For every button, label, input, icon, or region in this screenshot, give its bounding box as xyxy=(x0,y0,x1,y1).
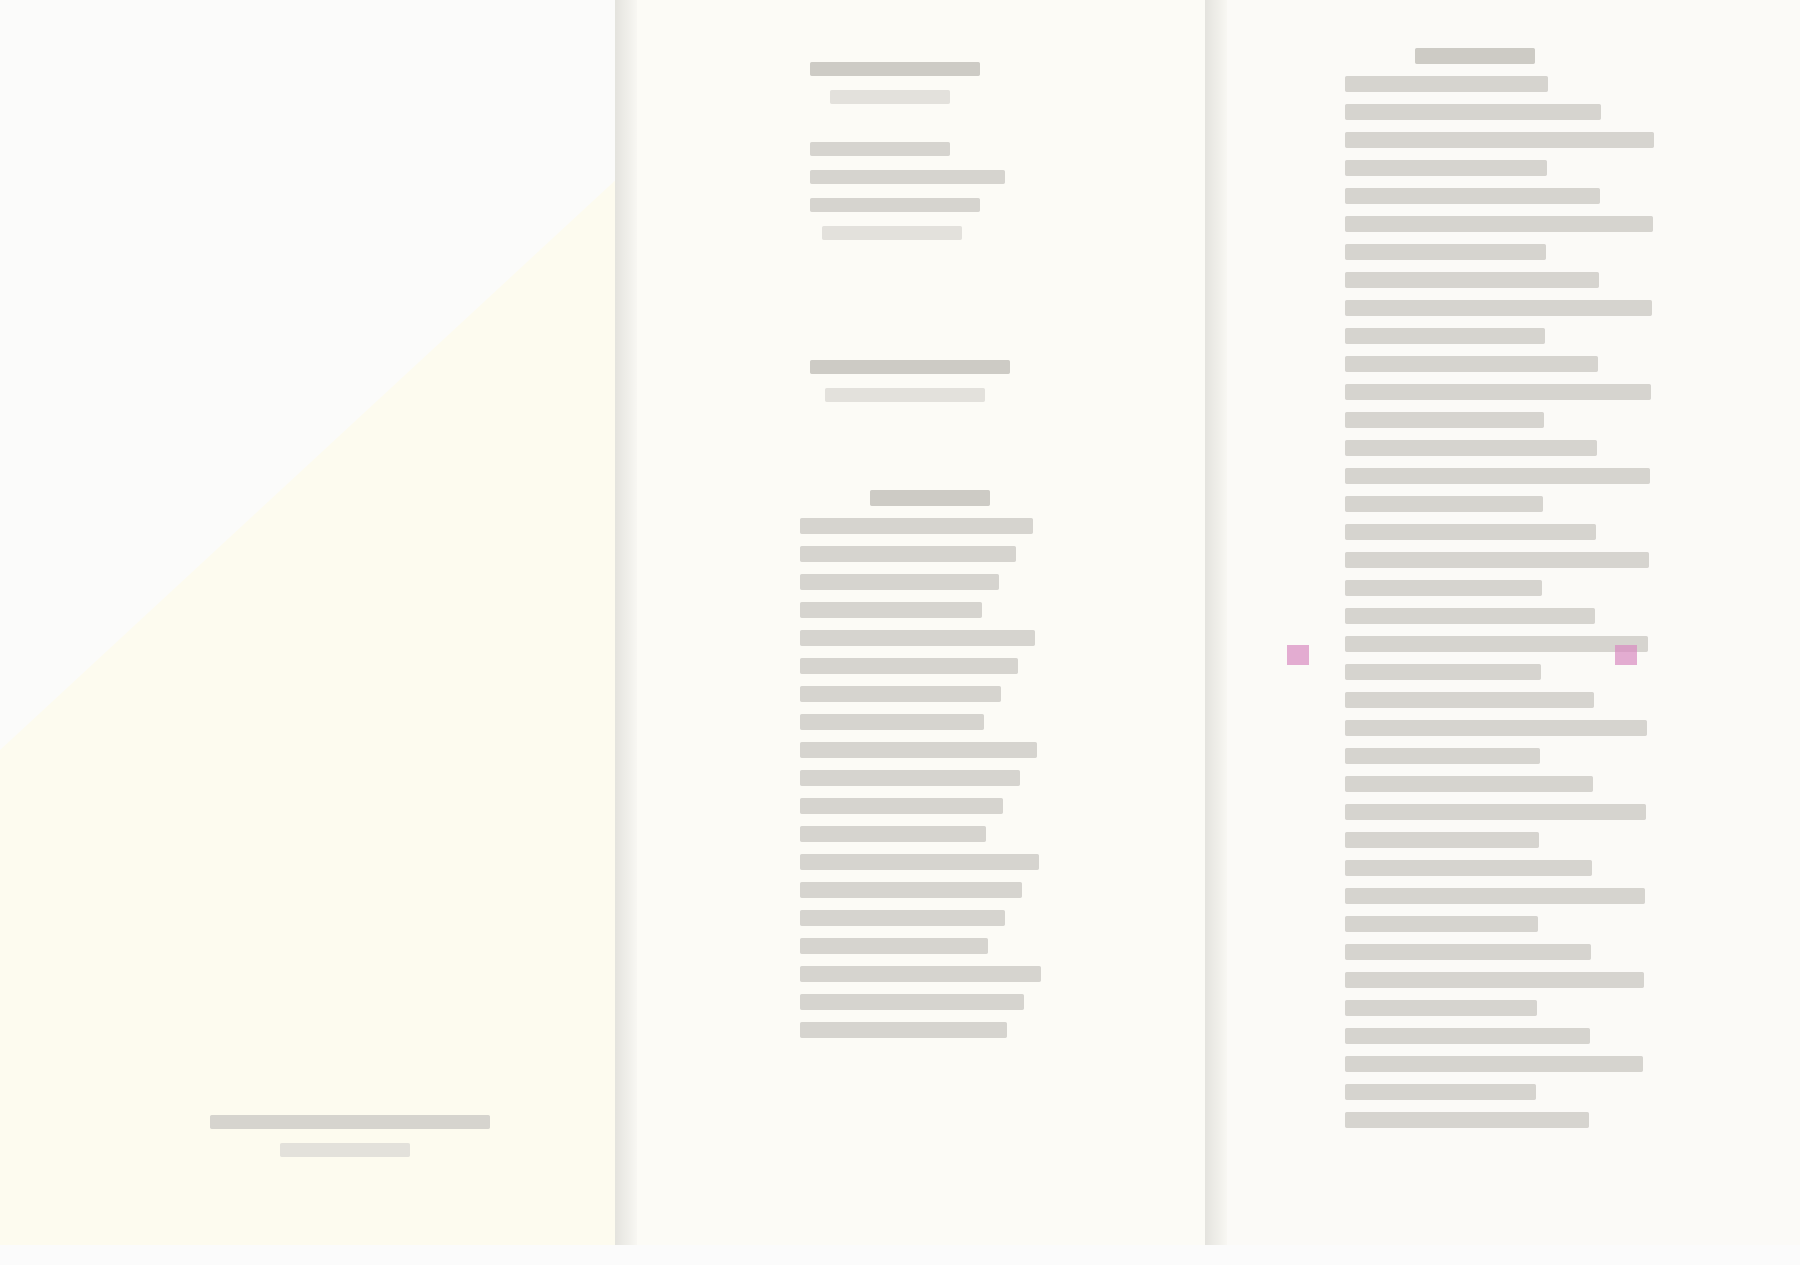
text-line xyxy=(1345,76,1548,92)
text-line xyxy=(800,546,1016,562)
text-line xyxy=(1345,664,1541,680)
text-line xyxy=(800,742,1037,758)
text-line xyxy=(1345,636,1648,652)
text-line xyxy=(1345,552,1649,568)
text-line xyxy=(1345,748,1540,764)
text-line xyxy=(800,714,984,730)
text-line xyxy=(800,994,1024,1010)
text-line xyxy=(800,630,1035,646)
text-line xyxy=(1345,412,1544,428)
text-line xyxy=(1345,916,1538,932)
text-line xyxy=(800,966,1041,982)
text-line xyxy=(1345,468,1650,484)
text-line xyxy=(1345,496,1543,512)
text-line xyxy=(1345,104,1601,120)
middle-page xyxy=(615,0,1205,1245)
text-line xyxy=(1345,216,1653,232)
text-line xyxy=(1345,1112,1589,1128)
text-line xyxy=(800,798,1003,814)
text-line xyxy=(800,602,982,618)
text-line xyxy=(1345,972,1644,988)
text-line xyxy=(1345,440,1597,456)
text-line xyxy=(800,574,999,590)
page-gutter xyxy=(615,0,637,1245)
text-line xyxy=(1345,860,1592,876)
text-line xyxy=(1345,328,1545,344)
name-list xyxy=(1345,48,1654,1140)
text-line xyxy=(1345,384,1651,400)
text-line xyxy=(800,658,1018,674)
text-line xyxy=(1345,160,1547,176)
section-1 xyxy=(810,62,1005,254)
text-line xyxy=(1345,720,1647,736)
text-line xyxy=(1345,244,1546,260)
text-line xyxy=(1345,132,1654,148)
text-line xyxy=(800,770,1020,786)
text-line xyxy=(800,882,1022,898)
text-line xyxy=(1345,608,1595,624)
text-line xyxy=(1345,944,1591,960)
folded-flap xyxy=(0,0,620,1245)
text-line xyxy=(1345,1028,1590,1044)
text-line xyxy=(1345,804,1646,820)
section-3-list xyxy=(800,490,1041,1050)
text-line xyxy=(1345,1056,1643,1072)
text-line xyxy=(800,518,1033,534)
text-line xyxy=(870,490,990,506)
highlight-mark-right xyxy=(1615,645,1637,665)
text-line xyxy=(1345,524,1596,540)
right-page xyxy=(1205,0,1800,1245)
text-line xyxy=(1345,580,1542,596)
text-line xyxy=(1345,692,1594,708)
text-line xyxy=(1345,1084,1536,1100)
text-line xyxy=(800,1022,1007,1038)
text-line xyxy=(1345,832,1539,848)
text-line xyxy=(1345,776,1593,792)
highlight-mark-left xyxy=(1287,645,1309,665)
section-2 xyxy=(810,360,1010,416)
text-line xyxy=(1345,1000,1537,1016)
text-line xyxy=(1345,300,1652,316)
text-line xyxy=(800,938,988,954)
text-line xyxy=(1345,272,1599,288)
text-line xyxy=(1345,888,1645,904)
page-gutter xyxy=(1205,0,1227,1245)
text-line xyxy=(800,686,1001,702)
text-line xyxy=(800,854,1039,870)
text-line xyxy=(1345,188,1600,204)
text-line xyxy=(800,910,1005,926)
text-line xyxy=(800,826,986,842)
text-line xyxy=(1345,356,1598,372)
table-surface xyxy=(0,1245,1800,1265)
text-line xyxy=(1415,48,1535,64)
flap-caption xyxy=(210,1115,490,1171)
